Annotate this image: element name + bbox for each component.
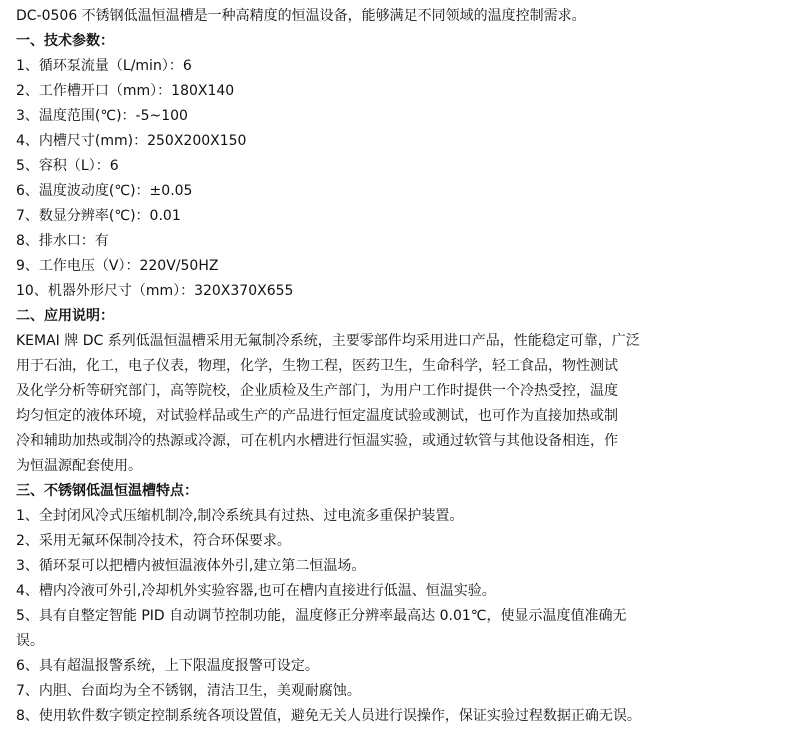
spec-item: 6、温度波动度(℃)：±0.05: [16, 179, 716, 204]
intro-text: DC-0506 不锈钢低温恒温槽是一种高精度的恒温设备，能够满足不同领域的温度控…: [16, 4, 716, 29]
feature-item: 3、循环泵可以把槽内被恒温液体外引,建立第二恒温场。: [16, 554, 716, 579]
application-text-line: 及化学分析等研究部门，高等院校，企业质检及生产部门，为用户工作时提供一个冷热受控…: [16, 379, 716, 404]
application-text-line: 均匀恒定的液体环境，对试验样品或生产的产品进行恒定温度试验或测试，也可作为直接加…: [16, 404, 716, 429]
product-document: DC-0506 不锈钢低温恒温槽是一种高精度的恒温设备，能够满足不同领域的温度控…: [16, 4, 716, 729]
spec-item: 3、温度范围(℃)：-5~100: [16, 104, 716, 129]
spec-item: 2、工作槽开口（mm）：180X140: [16, 79, 716, 104]
section-heading-tech-params: 一、技术参数：: [16, 29, 716, 54]
spec-item: 9、工作电压（V）：220V/50HZ: [16, 254, 716, 279]
application-text-line: 用于石油，化工，电子仪表，物理，化学，生物工程，医药卫生，生命科学，轻工食品，物…: [16, 354, 716, 379]
spec-item: 1、循环泵流量（L/min）：6: [16, 54, 716, 79]
feature-item: 8、使用软件数字锁定控制系统各项设置值，避免无关人员进行误操作，保证实验过程数据…: [16, 704, 716, 729]
spec-item: 5、容积（L）：6: [16, 154, 716, 179]
application-text-line: 为恒温源配套使用。: [16, 454, 716, 479]
spec-item: 10、机器外形尺寸（mm）：320X370X655: [16, 279, 716, 304]
feature-item: 6、具有超温报警系统，上下限温度报警可设定。: [16, 654, 716, 679]
feature-item: 2、采用无氟环保制冷技术，符合环保要求。: [16, 529, 716, 554]
application-text-line: 冷和辅助加热或制冷的热源或冷源，可在机内水槽进行恒温实验，或通过软管与其他设备相…: [16, 429, 716, 454]
feature-item: 5、具有自整定智能 PID 自动调节控制功能，温度修正分辨率最高达 0.01℃，…: [16, 604, 716, 629]
section-heading-features: 三、不锈钢低温恒温槽特点：: [16, 479, 716, 504]
feature-item-continued: 误。: [16, 629, 716, 654]
section-heading-application: 二、应用说明：: [16, 304, 716, 329]
spec-item: 7、数显分辨率(℃)：0.01: [16, 204, 716, 229]
feature-item: 1、全封闭风冷式压缩机制冷,制冷系统具有过热、过电流多重保护装置。: [16, 504, 716, 529]
spec-item: 8、排水口：有: [16, 229, 716, 254]
spec-item: 4、内槽尺寸(mm)：250X200X150: [16, 129, 716, 154]
feature-item: 4、槽内冷液可外引,冷却机外实验容器,也可在槽内直接进行低温、恒温实验。: [16, 579, 716, 604]
feature-item: 7、内胆、台面均为全不锈钢，清洁卫生，美观耐腐蚀。: [16, 679, 716, 704]
application-text-line: KEMAI 牌 DC 系列低温恒温槽采用无氟制冷系统，主要零部件均采用进口产品，…: [16, 329, 716, 354]
